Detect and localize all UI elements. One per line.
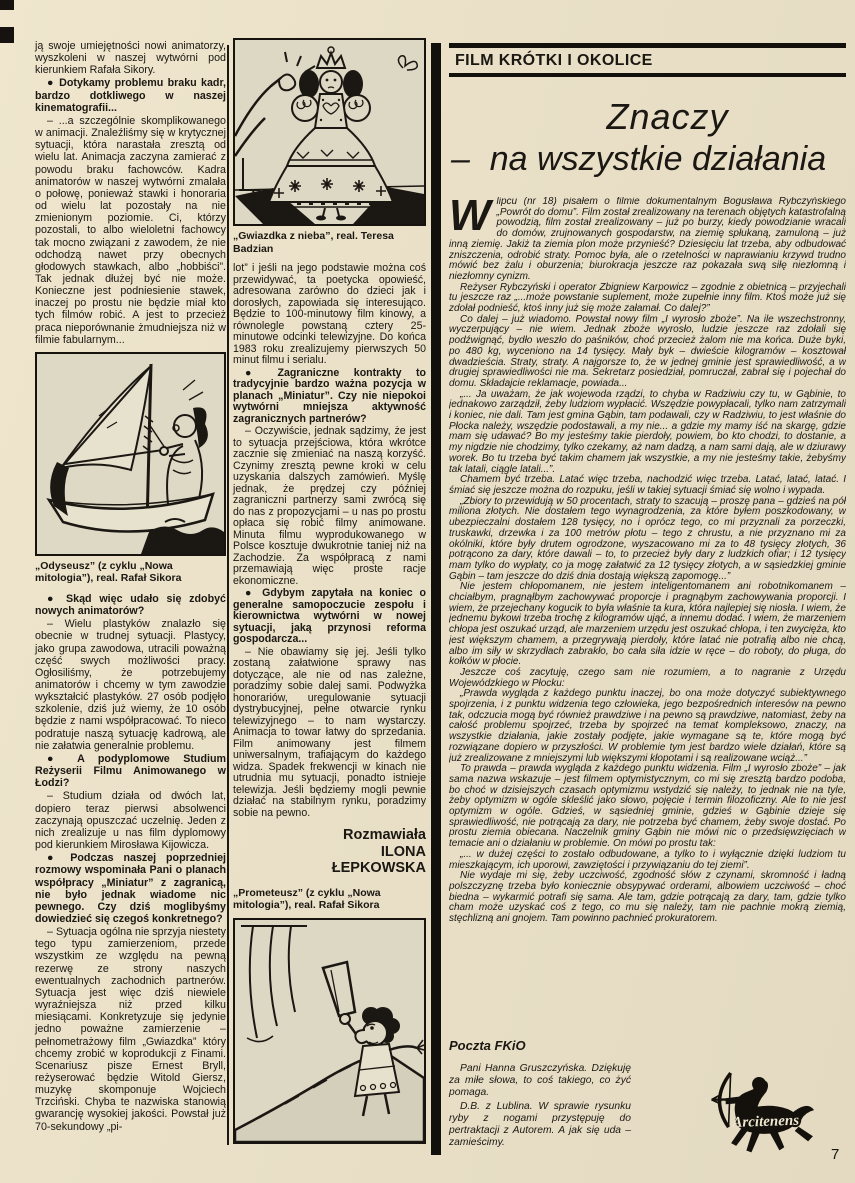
lead-text: lipcu (nr 18) pisałem o filmie dokumenta… (449, 197, 846, 282)
section-divider-bar (431, 43, 441, 1155)
interview-paragraph: ● Skąd więc udało się zdobyć nowych anim… (35, 593, 226, 617)
article-paragraph: Jeszcze coś zacytuję, czego sam nie rozu… (449, 668, 846, 689)
odyseusz-drawing (37, 354, 224, 554)
interview-paragraph: ● A podyplomowe Studium Reżyserii Filmu … (35, 753, 226, 789)
gwiazdka-caption: „Gwiazdka z nieba”, real. Teresa Badzian (233, 230, 426, 255)
interview-paragraph: lot” i jeśli na jego podstawie można coś… (233, 263, 426, 367)
left-top-paragraphs: ją swoje umiejętności nowi animatorzy, w… (35, 40, 226, 346)
registration-mark (0, 27, 14, 43)
article-paragraph: „Prawda wygląda z każdego punktu inaczej… (449, 689, 846, 764)
interview-paragraph: – Nie obawiamy się jej. Jeśli tylko zost… (233, 647, 426, 820)
prometeusz-caption: „Prometeusz” (z cyklu „Nowa mitologia”),… (233, 887, 426, 912)
interview-paragraph: ● Podczas naszej poprzedniej rozmowy wsp… (35, 852, 226, 925)
middle-paragraphs: lot” i jeśli na jego podstawie można coś… (233, 263, 426, 819)
odyseusz-cartoon (35, 352, 226, 556)
right-column: FILM KRÓTKI I OKOLICE Znaczy – na wszyst… (449, 43, 846, 925)
odyseusz-caption: „Odyseusz” (z cyklu „Nowa mitologia”), r… (35, 560, 226, 585)
article-body: Wlipcu (nr 18) pisałem o filmie dokument… (449, 197, 846, 925)
logo-wordmark: Arcitenens (731, 1113, 799, 1131)
interview-paragraph: – Studium działa od dwóch lat, dopiero t… (35, 790, 226, 851)
headline-line1: Znaczy (449, 97, 846, 137)
column-divider (227, 45, 229, 1145)
article-paragraph: „... Ja uważam, że jak wojewoda rządzi, … (449, 390, 846, 476)
gwiazdka-cartoon (233, 38, 426, 226)
signature-line: ŁEPKOWSKA (233, 860, 426, 877)
letter-reply: D.B. z Lublina. W sprawie rysunku ryby z… (449, 1101, 631, 1150)
article-paragraph: Reżyser Rybczyński i operator Zbigniew K… (449, 283, 846, 315)
headline-dash: – (449, 137, 470, 181)
article-paragraph: Nie wydaje mi się, żeby uczciwość, zgodn… (449, 871, 846, 925)
registration-mark (0, 0, 14, 10)
lead-paragraph: Wlipcu (nr 18) pisałem o filmie dokument… (449, 197, 846, 283)
article-paragraph: „... w dużej części to zostało odbudowan… (449, 850, 846, 871)
article-paragraph: „Zbiory to przewidują w 50 procentach, s… (449, 497, 846, 583)
poczta-letters: Pani Hanna Gruszczyńska. Dziękuję za mił… (449, 1063, 631, 1149)
interview-paragraph: ● Gdybym zapytała na koniec o generalne … (233, 588, 426, 646)
section-label: FILM KRÓTKI I OKOLICE (455, 52, 653, 69)
centaur-archer-icon: Arcitenens (701, 1066, 822, 1156)
gwiazdka-drawing (235, 40, 424, 224)
article-headline: Znaczy – na wszystkie działania (449, 97, 846, 181)
interview-paragraph: – Oczywiście, jednak sądzimy, że jest to… (233, 426, 426, 587)
article-paragraph: Co dalej – już wiadomo. Powstał nowy fil… (449, 315, 846, 390)
interview-paragraph: ● Dotykamy problemu braku kadr, bardzo d… (35, 77, 226, 113)
signature-line: ILONA (233, 844, 426, 861)
interview-paragraph: – ...a szczególnie skomplikowanego w ani… (35, 115, 226, 346)
article-paragraphs: Reżyser Rybczyński i operator Zbigniew K… (449, 283, 846, 925)
interviewer-signature: RozmawiałaILONAŁEPKOWSKA (233, 827, 426, 877)
left-column: ją swoje umiejętności nowi animatorzy, w… (35, 40, 226, 1134)
interview-paragraph: – Sytuacja ogólna nie sprzyja niestety t… (35, 926, 226, 1133)
left-bottom-paragraphs: ● Skąd więc udało się zdobyć nowych anim… (35, 593, 226, 1133)
headline-line2: – na wszystkie działania (449, 137, 846, 181)
section-header: FILM KRÓTKI I OKOLICE (449, 43, 846, 77)
prometeusz-cartoon (233, 918, 426, 1144)
interview-paragraph: ● Zagraniczne kontrakty to tradycyjnie b… (233, 368, 426, 426)
middle-column: „Gwiazdka z nieba”, real. Teresa Badzian… (233, 24, 426, 1144)
arcitenens-logo: Arcitenens (701, 1066, 822, 1156)
poczta-heading: Poczta FKiO (449, 1038, 846, 1053)
article-paragraph: Nie jestem chłopomanem, nie jestem intel… (449, 582, 846, 668)
signature-line: Rozmawiała (233, 827, 426, 844)
drop-cap: W (449, 197, 497, 233)
letter-reply: Pani Hanna Gruszczyńska. Dziękuję za mił… (449, 1063, 631, 1100)
interview-paragraph: ją swoje umiejętności nowi animatorzy, w… (35, 40, 226, 76)
article-paragraph: To prawda – prawda wygląda z każdego pun… (449, 764, 846, 850)
magazine-page: ją swoje umiejętności nowi animatorzy, w… (0, 0, 855, 1183)
headline-line2-text: na wszystkie działania (470, 137, 846, 181)
prometeusz-drawing (235, 920, 424, 1142)
article-paragraph: Chamem być trzeba. Latać więc trzeba, na… (449, 475, 846, 496)
interview-paragraph: – Wielu plastyków znalazło się obecnie w… (35, 618, 226, 752)
page-number: 7 (831, 1146, 839, 1163)
